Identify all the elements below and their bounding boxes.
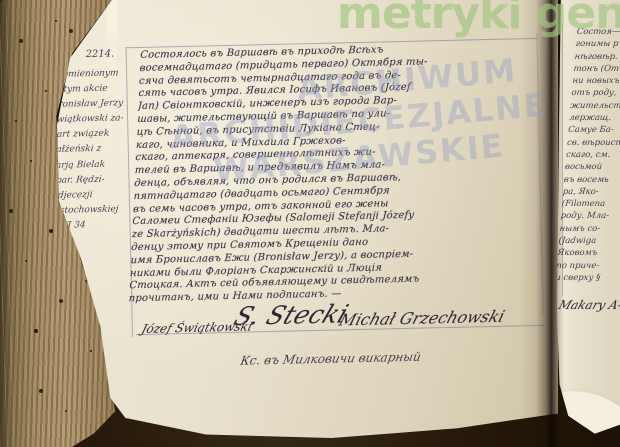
next-page-line: ни новыхъ xyxy=(572,75,620,87)
next-page-line: (Jadwiga xyxy=(558,235,619,247)
next-page-line: въ восемь xyxy=(563,174,620,186)
register-right-page: Состоя— гонимы р нѣговѣр. тонъ (От- ни н… xyxy=(557,0,620,447)
next-page-signature: Makary A— xyxy=(557,298,620,312)
next-page-line: роду. Мла- xyxy=(560,210,620,222)
next-page-line: нымъ со- xyxy=(559,223,620,235)
next-page-line: св. вѣроисп. xyxy=(567,137,620,149)
next-page-line: нѣговѣр. xyxy=(574,51,620,63)
scanned-register-photo: 2214. Wymienionym w tym akcie Bronisław … xyxy=(0,0,620,447)
next-page-line: тонъ (От- xyxy=(573,63,620,75)
next-page-line: (Filomena xyxy=(561,198,620,210)
next-page-line: Яковомъ xyxy=(557,247,618,259)
next-page-column: Состоя— гонимы р нѣговѣр. тонъ (От- ни н… xyxy=(555,26,620,284)
next-page-line: скаго, см. xyxy=(565,149,620,161)
next-page-line: Самуе Ба- xyxy=(568,124,620,136)
vicar-note: Кс. въ Милковичи викарный xyxy=(239,350,422,368)
signature-witness-1: S. Stecki xyxy=(230,299,352,331)
fore-edge-speckles xyxy=(0,0,2,2)
next-page-line: гонимы р xyxy=(575,38,620,50)
site-watermark: metryki genealog xyxy=(337,0,620,39)
next-page-line: восьмой xyxy=(564,161,620,173)
next-page-line: лержащ. xyxy=(569,112,620,124)
next-page-line: отъ роду, xyxy=(571,87,620,99)
signature-witness-2: Michał Grzechowski xyxy=(337,307,507,330)
next-page-line: жительств. xyxy=(570,100,620,112)
act-number: 2214. xyxy=(86,49,115,61)
next-page-line: по приче- xyxy=(556,260,617,272)
margin-annotation-line: Świątkowski za- xyxy=(50,111,131,128)
next-page-line: ра, Яко- xyxy=(562,186,620,198)
